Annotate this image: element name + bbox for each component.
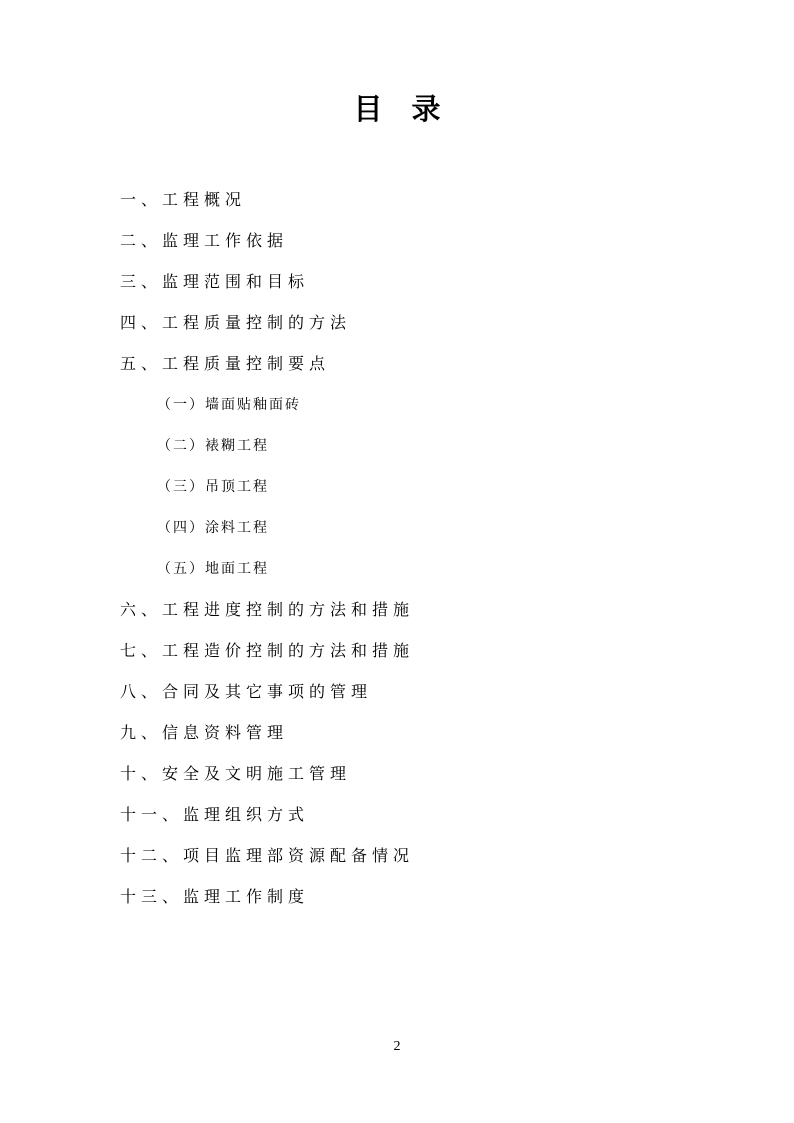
page-number: 2 xyxy=(0,1038,794,1056)
toc-item: 三、监理范围和目标 xyxy=(120,262,680,303)
toc-subitem: （四）涂料工程 xyxy=(120,508,680,549)
document-page: 目 录 一、工程概况 二、监理工作依据 三、监理范围和目标 四、工程质量控制的方… xyxy=(0,0,794,1123)
toc-item: 四、工程质量控制的方法 xyxy=(120,303,680,344)
toc-subitem: （三）吊顶工程 xyxy=(120,467,680,508)
toc-item: 十二、项目监理部资源配备情况 xyxy=(120,836,680,877)
toc-item: 十、安全及文明施工管理 xyxy=(120,754,680,795)
toc-item: 十三、监理工作制度 xyxy=(120,877,680,918)
toc-subitem: （一）墙面贴釉面砖 xyxy=(120,385,680,426)
toc-item: 五、工程质量控制要点 xyxy=(120,344,680,385)
toc-item: 六、工程进度控制的方法和措施 xyxy=(120,590,680,631)
toc-subitem: （五）地面工程 xyxy=(120,549,680,590)
page-title: 目 录 xyxy=(0,93,794,128)
toc-item: 九、信息资料管理 xyxy=(120,713,680,754)
toc-item: 七、工程造价控制的方法和措施 xyxy=(120,631,680,672)
toc-item: 一、工程概况 xyxy=(120,180,680,221)
table-of-contents: 一、工程概况 二、监理工作依据 三、监理范围和目标 四、工程质量控制的方法 五、… xyxy=(120,180,680,918)
toc-item: 二、监理工作依据 xyxy=(120,221,680,262)
toc-item: 八、合同及其它事项的管理 xyxy=(120,672,680,713)
toc-subitem: （二）裱糊工程 xyxy=(120,426,680,467)
toc-item: 十一、监理组织方式 xyxy=(120,795,680,836)
